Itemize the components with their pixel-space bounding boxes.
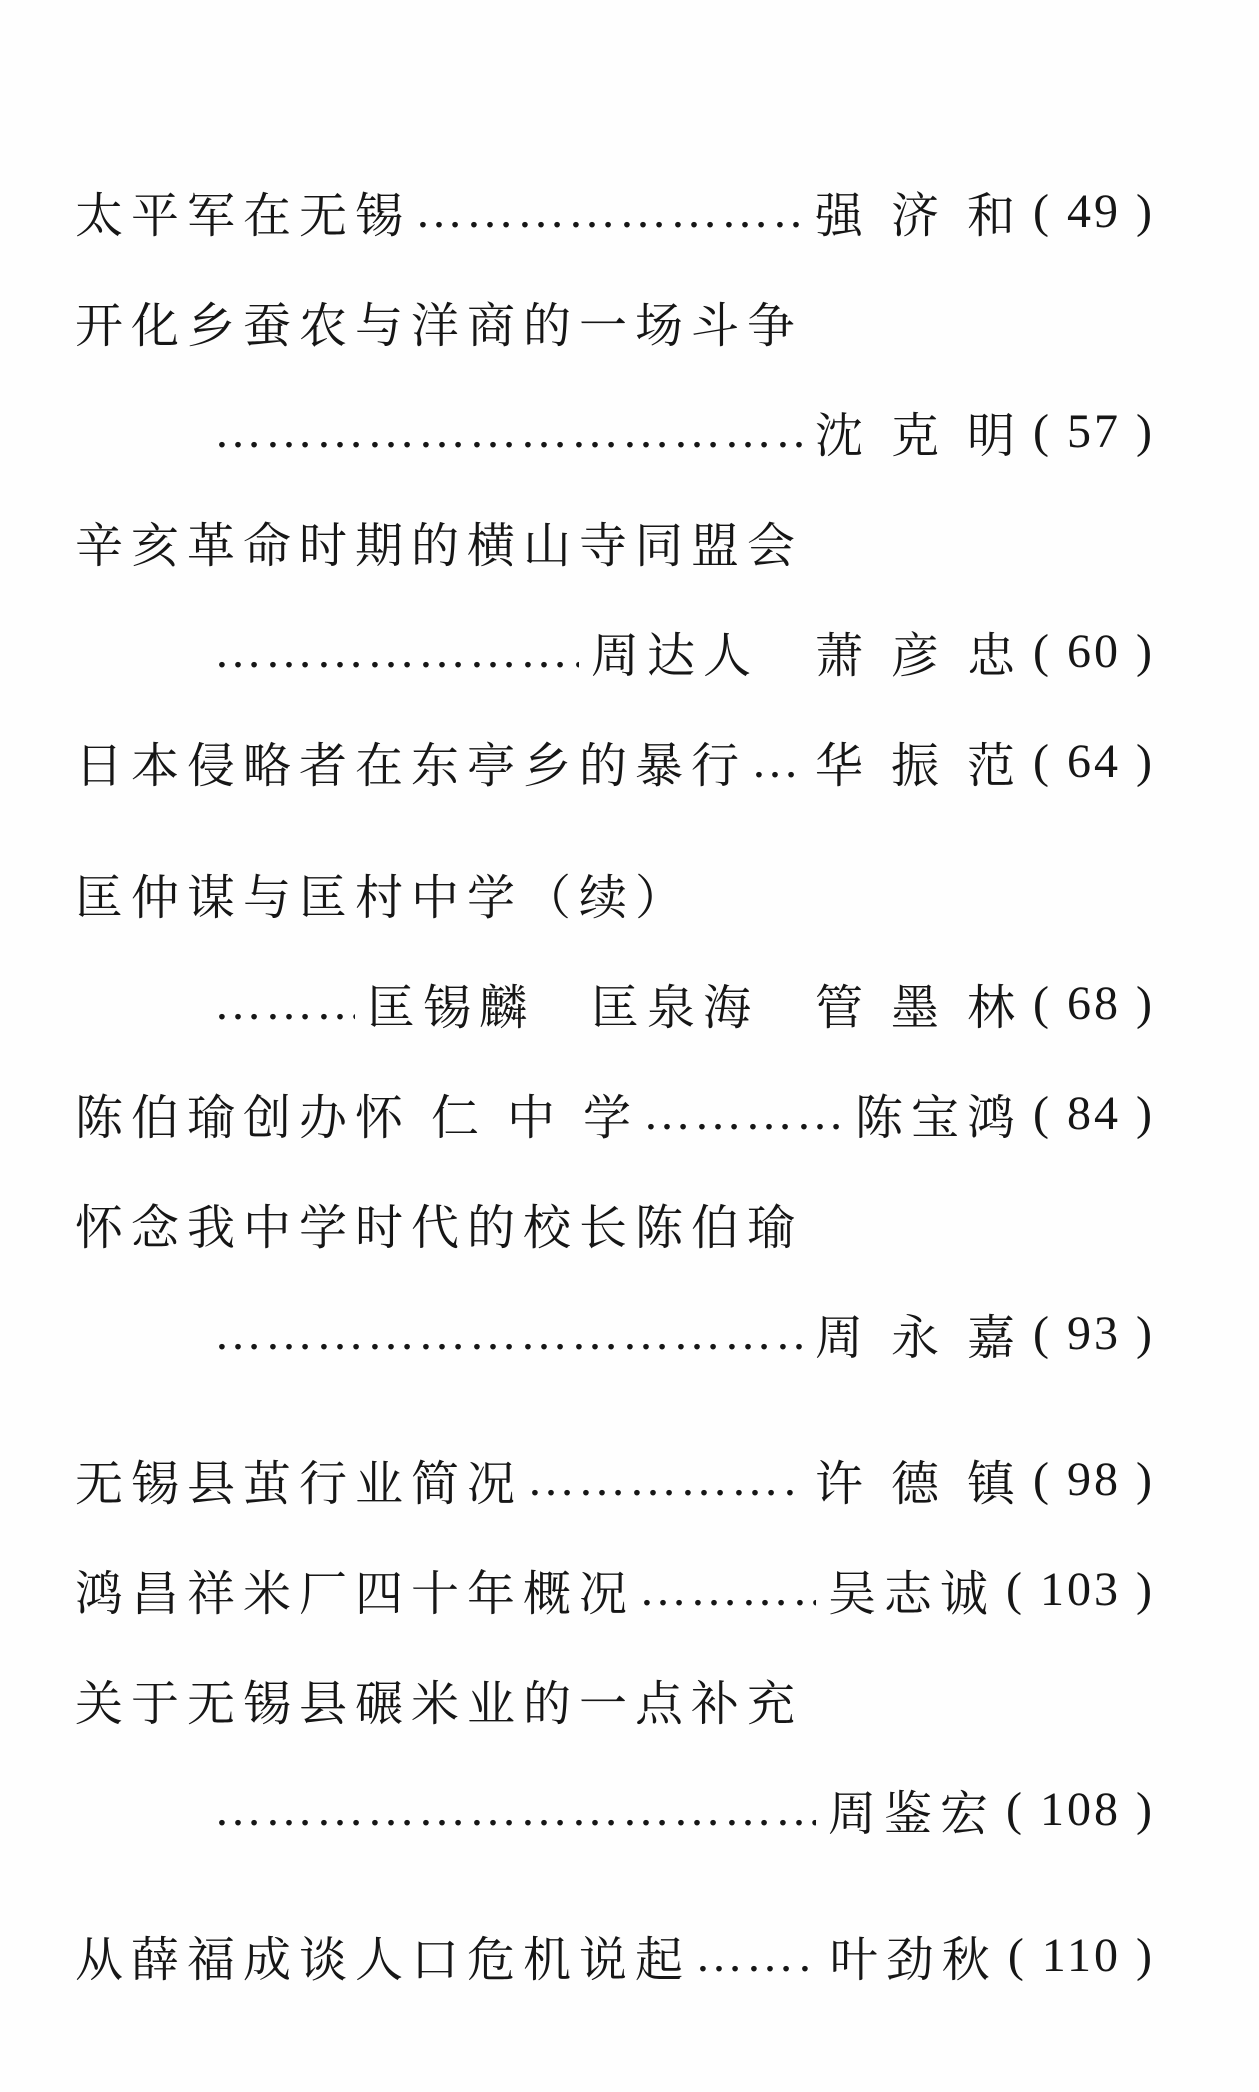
toc-entry: 太平军在无锡 …………………………………………………………………… 强 济 和 … [75, 156, 1155, 266]
entry-page-number: ( 93 ) [1033, 1306, 1155, 1361]
toc-entry: 无锡县茧行业简况 …………………………………………………………………… 许 德 … [75, 1424, 1155, 1534]
toc-entry: 开化乡蚕农与洋商的一场斗争 [75, 266, 1155, 376]
entry-page-number: ( 84 ) [1033, 1086, 1155, 1141]
dot-leader: …………………………………………………………………… [639, 1562, 816, 1617]
entry-author: 华 振 范 [815, 727, 1023, 796]
entry-author: 周 永 嘉 [815, 1299, 1023, 1368]
dot-leader: …………………………………………………………………… [214, 1782, 816, 1837]
entry-page-number: ( 68 ) [1033, 976, 1155, 1031]
toc-entry: 从薛福成谈人口危机说起 …………………………………………………………………… 叶… [75, 1900, 1155, 2010]
entry-author: 强 济 和 [815, 177, 1023, 246]
dot-leader: …………………………………………………………………… [214, 1306, 803, 1361]
toc-entry: 鸿昌祥米厂四十年概况 …………………………………………………………………… 吴志… [75, 1534, 1155, 1644]
entry-author: 沈 克 明 [815, 397, 1023, 466]
entry-title: 鸿昌祥米厂四十年概况 [75, 1555, 635, 1624]
toc-entry-continuation: …………………………………………………………………… 周达人 萧 彦 忠 ( 6… [75, 596, 1155, 706]
entry-title: 匡仲谋与匡村中学（续） [75, 859, 691, 928]
dot-leader: …………………………………………………………………… [527, 1452, 803, 1507]
entry-page-number: ( 64 ) [1033, 734, 1155, 789]
entry-author: 许 德 镇 [815, 1445, 1023, 1514]
entry-author: 周达人 萧 彦 忠 [591, 617, 1023, 686]
dot-leader: …………………………………………………………………… [643, 1086, 843, 1141]
toc-entry: 日本侵略者在东亭乡的暴行 …………………………………………………………………… … [75, 706, 1155, 816]
entry-author: 吴志诚 [828, 1555, 996, 1624]
toc-entry: 怀念我中学时代的校长陈伯瑜 [75, 1168, 1155, 1278]
entry-page-number: ( 103 ) [1006, 1562, 1155, 1617]
table-of-contents: 太平军在无锡 …………………………………………………………………… 强 济 和 … [75, 156, 1155, 2010]
toc-entry: 辛亥革命时期的横山寺同盟会 [75, 486, 1155, 596]
entry-title: 怀念我中学时代的校长陈伯瑜 [75, 1189, 803, 1258]
scanned-page: 太平军在无锡 …………………………………………………………………… 强 济 和 … [0, 0, 1259, 2092]
entry-page-number: ( 98 ) [1033, 1452, 1155, 1507]
dot-leader: …………………………………………………………………… [751, 734, 803, 789]
dot-leader: …………………………………………………………………… [415, 184, 803, 239]
entry-title: 辛亥革命时期的横山寺同盟会 [75, 507, 803, 576]
dot-leader: …………………………………………………………………… [695, 1928, 818, 1983]
toc-entry-continuation: …………………………………………………………………… 沈 克 明 ( 57 ) [75, 376, 1155, 486]
toc-entry-continuation: …………………………………………………………………… 周鉴宏 ( 108 ) [75, 1754, 1155, 1864]
entry-title: 关于无锡县碾米业的一点补充 [75, 1665, 803, 1734]
toc-entry-continuation: …………………………………………………………………… 周 永 嘉 ( 93 ) [75, 1278, 1155, 1388]
entry-author: 叶劲秋 [830, 1921, 998, 1990]
entry-title: 日本侵略者在东亭乡的暴行 [75, 727, 747, 796]
entry-author: 匡锡麟 匡泉海 管 墨 林 [367, 969, 1023, 1038]
toc-entry: 关于无锡县碾米业的一点补充 [75, 1644, 1155, 1754]
dot-leader: …………………………………………………………………… [214, 624, 579, 679]
entry-author: 周鉴宏 [828, 1775, 996, 1844]
entry-page-number: ( 57 ) [1033, 404, 1155, 459]
toc-entry-continuation: …………………………………………………………………… 匡锡麟 匡泉海 管 墨 林… [75, 948, 1155, 1058]
entry-page-number: ( 49 ) [1033, 184, 1155, 239]
entry-title: 从薛福成谈人口危机说起 [75, 1921, 691, 1990]
entry-title: 无锡县茧行业简况 [75, 1445, 523, 1514]
entry-author: 陈宝鸿 [855, 1079, 1023, 1148]
dot-leader: …………………………………………………………………… [214, 976, 355, 1031]
entry-page-number: ( 108 ) [1006, 1782, 1155, 1837]
dot-leader: …………………………………………………………………… [214, 404, 803, 459]
toc-entry: 匡仲谋与匡村中学（续） [75, 838, 1155, 948]
entry-title: 陈伯瑜创办怀 仁 中 学 [75, 1079, 639, 1148]
entry-page-number: ( 110 ) [1008, 1928, 1155, 1983]
toc-entry: 陈伯瑜创办怀 仁 中 学 …………………………………………………………………… … [75, 1058, 1155, 1168]
entry-title: 太平军在无锡 [75, 177, 411, 246]
entry-page-number: ( 60 ) [1033, 624, 1155, 679]
entry-title: 开化乡蚕农与洋商的一场斗争 [75, 287, 803, 356]
